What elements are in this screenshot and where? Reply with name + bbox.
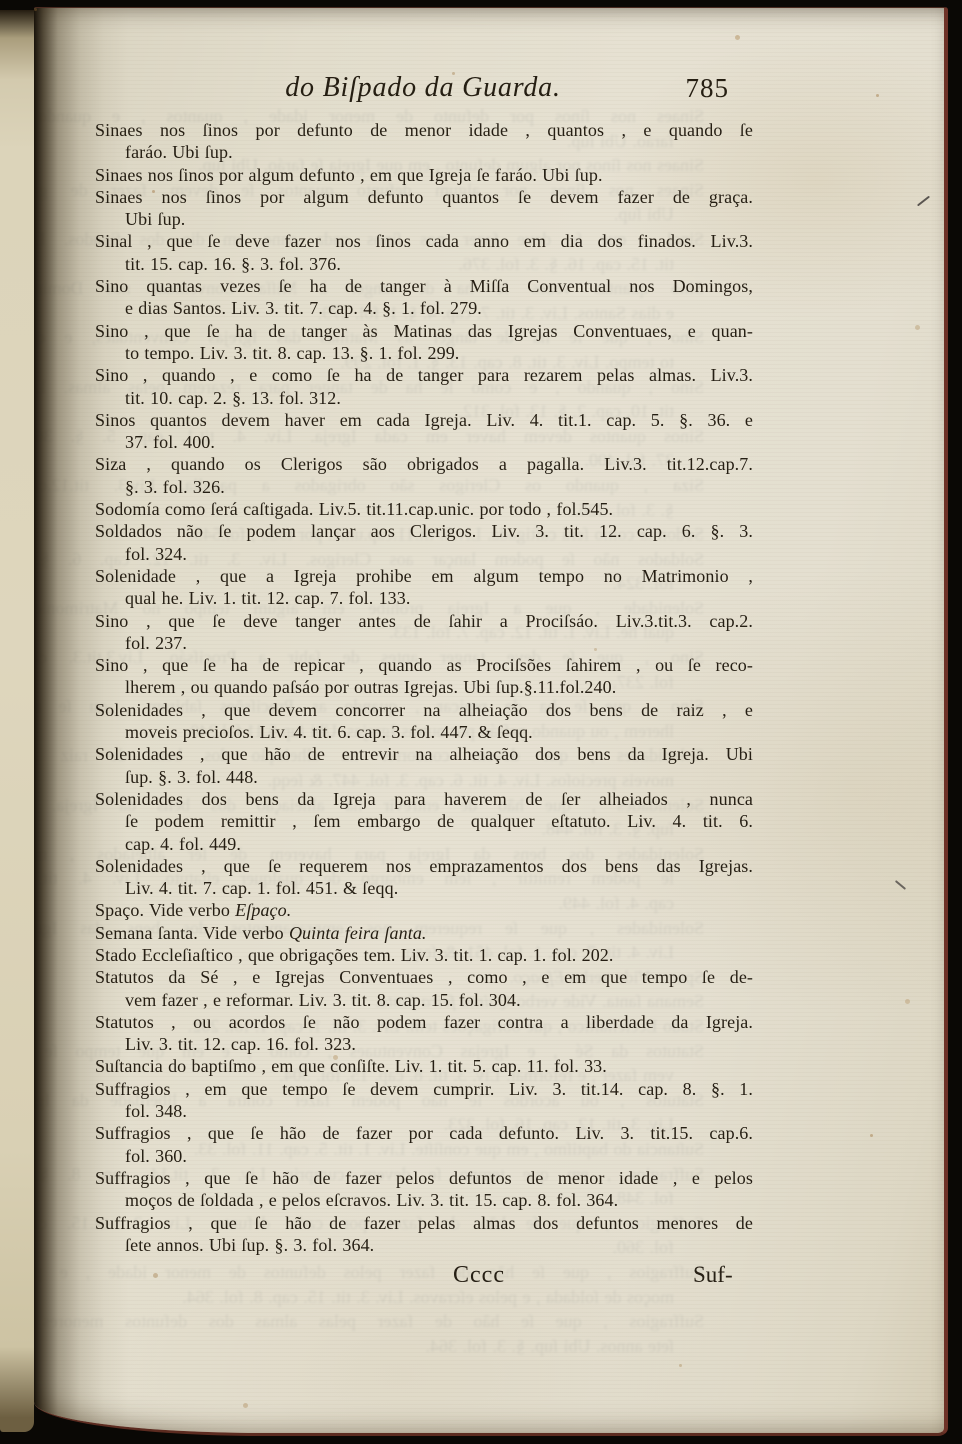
page-header: do Biſpado da Guarda. 785 (95, 72, 751, 114)
index-entry: Sinaes nos ſinos por algum defunto quant… (95, 186, 753, 231)
facing-page-edge (0, 10, 34, 1432)
index-entry: Semana ſanta. Vide verbo Quinta feira ſa… (95, 922, 753, 944)
foxing-spots (34, 8, 37, 11)
index-entry: Siza , quando os Clerigos são obrigados … (95, 453, 753, 498)
index-entry: Sodomía como ſerá caſtigada. Liv.5. tit.… (95, 498, 753, 520)
pen-mark (895, 880, 906, 890)
index-entry: Stado Eccleſiaſtico , que obrigações tem… (95, 944, 753, 966)
index-entry: Statutos , ou acordos ſe não podem fazer… (95, 1011, 753, 1056)
index-entry: Solenidades , que devem concorrer na alh… (95, 699, 753, 744)
catchword: Suf- (693, 1262, 733, 1288)
index-entry: Statutos da Sé , e Igrejas Conventuaes ,… (95, 966, 753, 1011)
page-number: 785 (686, 73, 730, 104)
pen-mark (917, 196, 930, 207)
index-entry: Solenidade , que a Igreja prohibe em alg… (95, 565, 753, 610)
index-entry: Sino , que ſe ha de repicar , quando as … (95, 654, 753, 699)
index-entry: Suffragios , em que tempo ſe devem cumpr… (95, 1078, 753, 1123)
index-entry: Suffragios , que ſe hão de fazer por cad… (95, 1122, 753, 1167)
index-entry: Soldados não ſe podem lançar aos Clerigo… (95, 520, 753, 565)
book-scan: Sinaes nos ſinos por defunto de menor id… (0, 0, 962, 1444)
index-entry: Sinos quantos devem haver em cada Igreja… (95, 409, 753, 454)
index-entry: Sinaes nos ſinos por defunto de menor id… (95, 119, 753, 164)
index-entry: Suffragios , que ſe hão de fazer pelas a… (34, 1309, 704, 1358)
index-entry: Solenidades , que hão de entrevir na alh… (95, 743, 753, 788)
index-entry: Sinal , que ſe deve fazer nos ſinos cada… (95, 230, 753, 275)
index-entry: Sino , quando , e como ſe ha de tanger p… (95, 364, 753, 409)
index-entry: Sinaes nos ſinos por algum defunto , em … (95, 164, 753, 186)
book-page: Sinaes nos ſinos por defunto de menor id… (34, 7, 948, 1436)
signature-mark: Cccc (453, 1262, 505, 1289)
index-entry: Suſtancia do baptiſmo , em que conſiſte.… (95, 1055, 753, 1077)
index-entry: Solenidades , que ſe requerem nos empraz… (95, 855, 753, 900)
index-entry: Sino , que ſe ha de tanger às Matinas da… (95, 320, 753, 365)
index-entry: Suffragios , que ſe hão de fazer pelos d… (95, 1167, 753, 1212)
index-entry: Sino quantas vezes ſe ha de tanger à Miſ… (95, 275, 753, 320)
index-entry: Solenidades dos bens da Igreja para have… (95, 788, 753, 855)
page-footer: Cccc Suf- (95, 1262, 753, 1292)
index-entry: Spaço. Vide verbo Eſpaço. (95, 899, 753, 921)
index-entry: Sino , que ſe deve tanger antes de ſahir… (95, 610, 753, 655)
index-entries: Sinaes nos ſinos por defunto de menor id… (95, 119, 753, 1256)
index-entry: Suffragios , que ſe hão de fazer pelas a… (95, 1212, 753, 1257)
running-title: do Biſpado da Guarda. (95, 72, 751, 104)
